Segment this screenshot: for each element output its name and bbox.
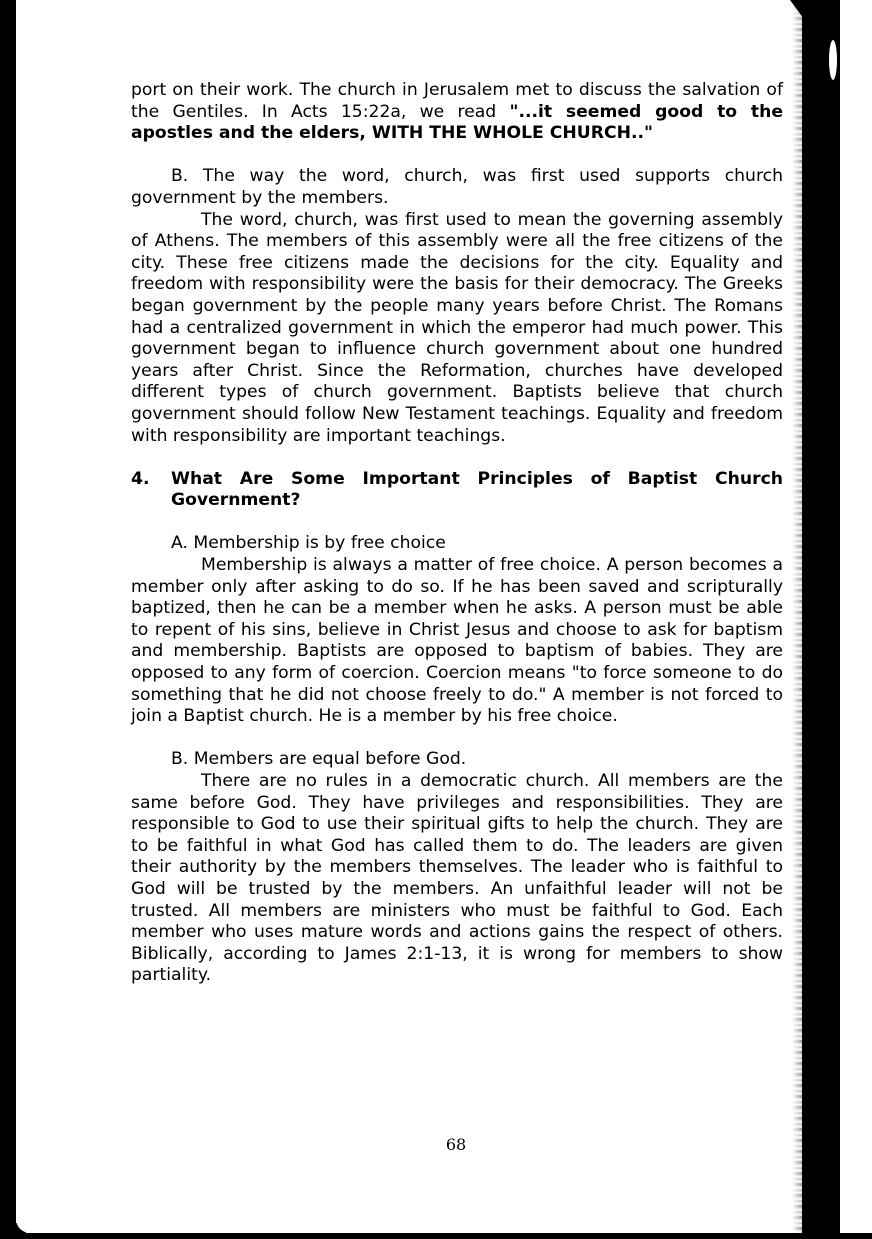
subsection-heading-b: B. Members are equal before God.	[131, 749, 783, 771]
subsection-heading-a: A. Membership is by free choice	[131, 533, 783, 555]
question-title: What Are Some Important Principles of Ba…	[171, 469, 783, 512]
intro-paragraph: port on their work. The church in Jerusa…	[131, 80, 783, 145]
subsection-heading-b-prev: B. The way the word, church, was first u…	[131, 166, 783, 209]
spacer	[131, 145, 783, 167]
binding-highlight	[829, 40, 837, 80]
question-heading: 4. What Are Some Important Principles of…	[131, 469, 783, 512]
subsection-body-b-prev: The word, church, was first used to mean…	[131, 210, 783, 448]
document-page: port on their work. The church in Jerusa…	[131, 80, 783, 987]
spacer	[131, 512, 783, 534]
subsection-body-a: Membership is always a matter of free ch…	[131, 555, 783, 728]
scan-border-left	[0, 0, 16, 1239]
binding-shadow	[802, 0, 840, 1239]
subsection-body-b: There are no rules in a democratic churc…	[131, 771, 783, 987]
page-number: 68	[0, 1135, 872, 1154]
spacer	[131, 447, 783, 469]
question-number: 4.	[131, 469, 171, 512]
spacer	[131, 728, 783, 750]
scan-border-bottom	[0, 1233, 872, 1239]
page-corner	[16, 1219, 30, 1233]
